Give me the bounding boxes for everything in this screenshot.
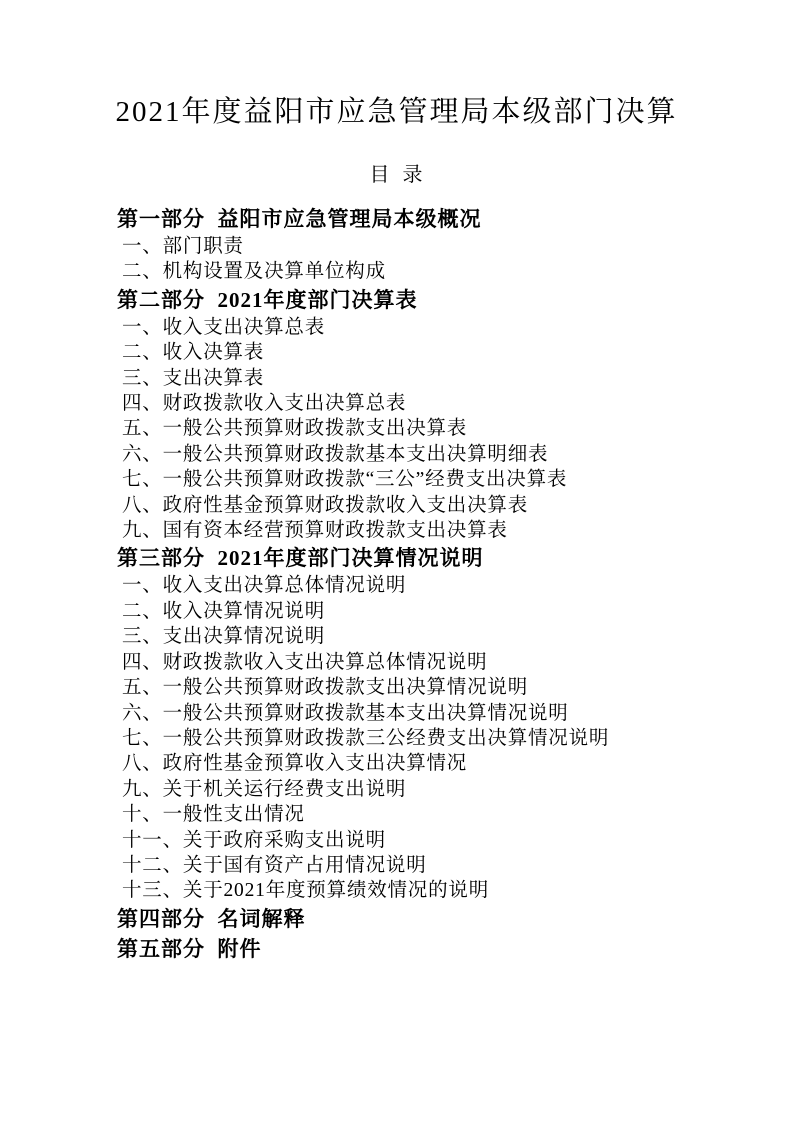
toc-part-2-heading: 第二部分 2021年度部门决算表 xyxy=(117,285,753,315)
toc-entry: 八、政府性基金预算收入支出决算情况 xyxy=(122,751,753,776)
toc-entry: 七、一般公共预算财政拨款“三公”经费支出决算表 xyxy=(122,467,753,492)
toc-entry: 五、一般公共预算财政拨款支出决算表 xyxy=(122,416,753,441)
toc-entry: 三、支出决算情况说明 xyxy=(122,624,753,649)
toc-entry: 八、政府性基金预算财政拨款收入支出决算表 xyxy=(122,493,753,518)
toc-heading: 目 录 xyxy=(0,162,793,188)
toc-entry: 一、收入支出决算总表 xyxy=(122,315,753,340)
toc-entry: 十二、关于国有资产占用情况说明 xyxy=(122,853,753,878)
toc-entry: 九、关于机关运行经费支出说明 xyxy=(122,777,753,802)
toc-entry: 二、机构设置及决算单位构成 xyxy=(122,259,753,284)
document-title: 2021年度益阳市应急管理局本级部门决算 xyxy=(0,0,793,132)
toc-entry: 六、一般公共预算财政拨款基本支出决算情况说明 xyxy=(122,701,753,726)
toc-entry: 九、国有资本经营预算财政拨款支出决算表 xyxy=(122,518,753,543)
toc-part-3-heading: 第三部分 2021年度部门决算情况说明 xyxy=(117,543,753,573)
toc-entry: 四、财政拨款收入支出决算总表 xyxy=(122,391,753,416)
toc-entry: 七、一般公共预算财政拨款三公经费支出决算情况说明 xyxy=(122,726,753,751)
toc-entry: 六、一般公共预算财政拨款基本支出决算明细表 xyxy=(122,442,753,467)
document-page: 2021年度益阳市应急管理局本级部门决算 目 录 第一部分 益阳市应急管理局本级… xyxy=(0,0,793,1122)
toc-entry: 四、财政拨款收入支出决算总体情况说明 xyxy=(122,650,753,675)
toc-entry: 五、一般公共预算财政拨款支出决算情况说明 xyxy=(122,675,753,700)
toc-entry: 一、部门职责 xyxy=(122,234,753,259)
toc-part-1-heading: 第一部分 益阳市应急管理局本级概况 xyxy=(117,204,753,234)
toc-entry: 十一、关于政府采购支出说明 xyxy=(122,828,753,853)
toc-entry: 二、收入决算表 xyxy=(122,340,753,365)
toc-part-4-heading: 第四部分 名词解释 xyxy=(117,904,753,934)
toc-entry: 二、收入决算情况说明 xyxy=(122,599,753,624)
toc-entry: 一、收入支出决算总体情况说明 xyxy=(122,573,753,598)
table-of-contents: 第一部分 益阳市应急管理局本级概况 一、部门职责 二、机构设置及决算单位构成 第… xyxy=(0,204,793,964)
toc-entry: 十三、关于2021年度预算绩效情况的说明 xyxy=(122,878,753,903)
toc-entry: 十、一般性支出情况 xyxy=(122,802,753,827)
toc-part-5-heading: 第五部分 附件 xyxy=(117,934,753,964)
toc-entry: 三、支出决算表 xyxy=(122,366,753,391)
